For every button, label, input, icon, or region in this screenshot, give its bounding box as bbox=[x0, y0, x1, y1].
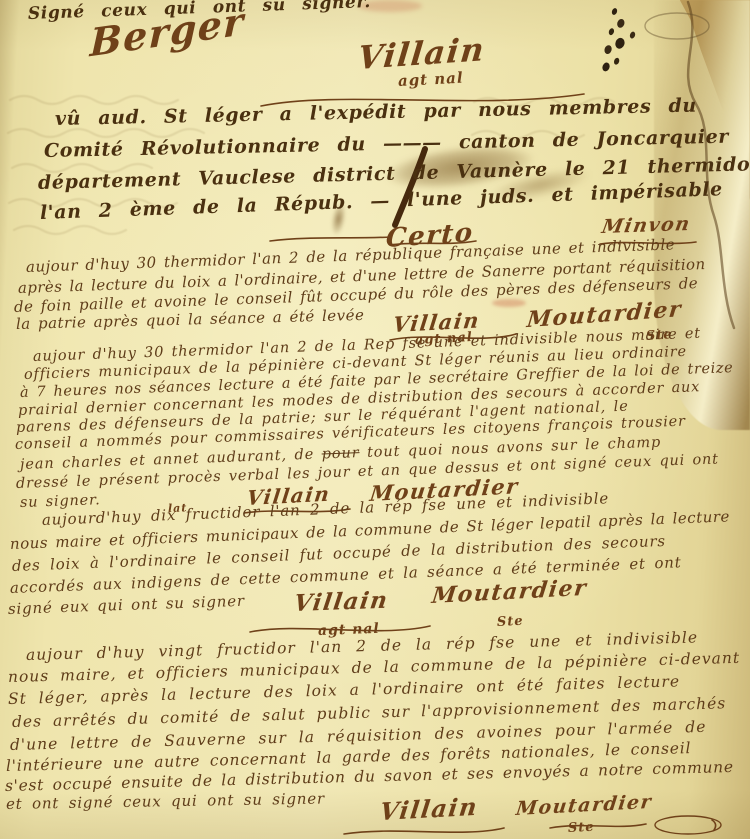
signature-minvon: Minvon bbox=[600, 215, 692, 237]
paraph-oval-flourish bbox=[652, 812, 730, 838]
signature-flourish bbox=[548, 820, 648, 832]
red-smudge bbox=[492, 299, 526, 307]
heavy-pen-stroke bbox=[392, 146, 428, 228]
faint-oval-flourish bbox=[642, 8, 712, 44]
signature-villain: Villain bbox=[379, 795, 480, 824]
signature-villain: Villain bbox=[292, 589, 390, 615]
signature-flourish bbox=[342, 824, 507, 838]
signature-moutardier: Moutardier bbox=[431, 577, 589, 607]
entry2-line: su signer. bbox=[20, 493, 101, 510]
struck-word: pour bbox=[321, 445, 359, 462]
manuscript-page: Signé ceux qui ont su signer. Berger Vil… bbox=[0, 0, 750, 839]
signature-moutardier: Moutardier bbox=[515, 793, 653, 819]
entry3-line: signé eux qui ont su signer bbox=[8, 594, 245, 617]
entry4-line: et ont signé ceux qui ont su signer bbox=[6, 791, 325, 812]
ink-specks bbox=[611, 7, 618, 15]
annotation-officier: Ste bbox=[497, 615, 524, 629]
annotation-agent-national: agt nal bbox=[398, 71, 464, 89]
certo-dash bbox=[268, 232, 393, 244]
signature-villain: Villain bbox=[356, 33, 486, 74]
